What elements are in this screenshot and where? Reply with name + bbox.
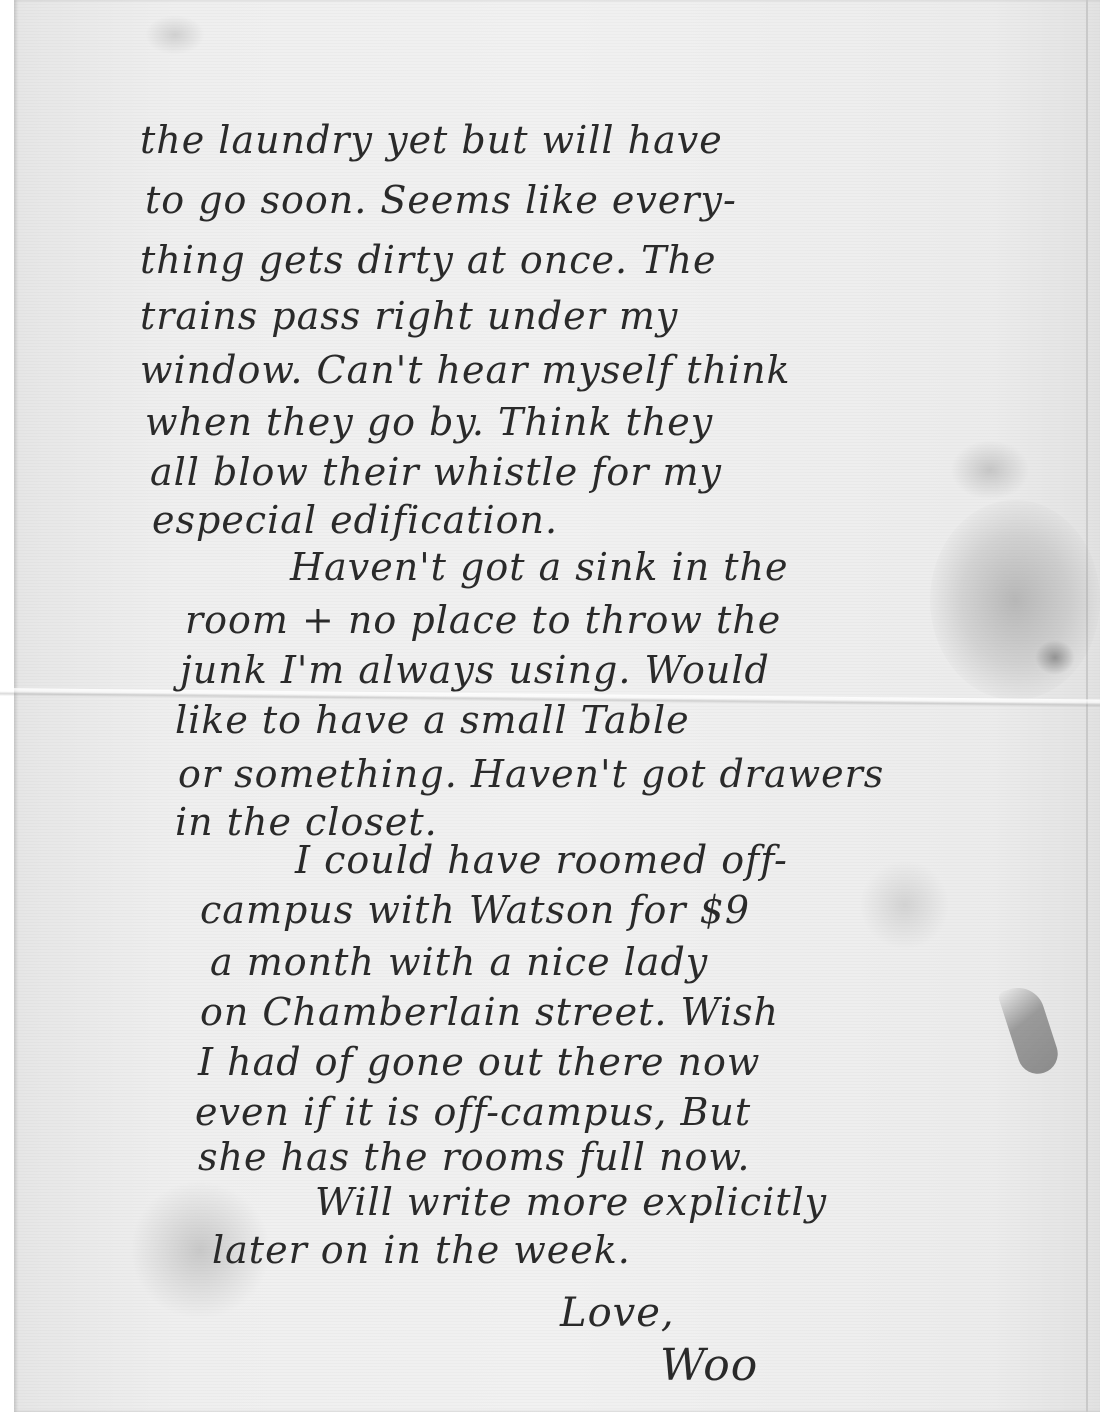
letter-line: I had of gone out there now: [198, 1040, 760, 1084]
letter-line: trains pass right under my: [140, 294, 678, 338]
letter-line: all blow their whistle for my: [150, 450, 722, 494]
letter-line: window. Can't hear myself think: [140, 348, 791, 392]
letter-line: she has the rooms full now.: [198, 1135, 750, 1179]
letter-line: the laundry yet but will have: [140, 118, 723, 162]
letter-body: the laundry yet but will have to go soon…: [0, 0, 1100, 1412]
letter-line: to go soon. Seems like every-: [145, 178, 737, 222]
letter-line: I could have roomed off-: [295, 838, 788, 882]
letter-line: when they go by. Think they: [145, 400, 713, 444]
letter-line: thing gets dirty at once. The: [140, 238, 717, 282]
letter-closing: Love,: [560, 1290, 675, 1336]
letter-line: especial edification.: [152, 498, 558, 542]
letter-line: campus with Watson for $9: [200, 888, 750, 932]
letter-line: even if it is off-campus, But: [195, 1090, 751, 1134]
letter-signature: Woo: [660, 1340, 758, 1391]
letter-line: junk I'm always using. Would: [180, 648, 770, 692]
letter-line: a month with a nice lady: [210, 940, 708, 984]
letter-line: like to have a small Table: [175, 698, 690, 742]
letter-line: Haven't got a sink in the: [290, 545, 788, 589]
letter-line: on Chamberlain street. Wish: [200, 990, 779, 1034]
letter-line: room + no place to throw the: [185, 598, 781, 642]
letter-line: or something. Haven't got drawers: [178, 752, 884, 796]
letter-line: later on in the week.: [212, 1228, 631, 1272]
letter-line: Will write more explicitly: [315, 1180, 827, 1224]
